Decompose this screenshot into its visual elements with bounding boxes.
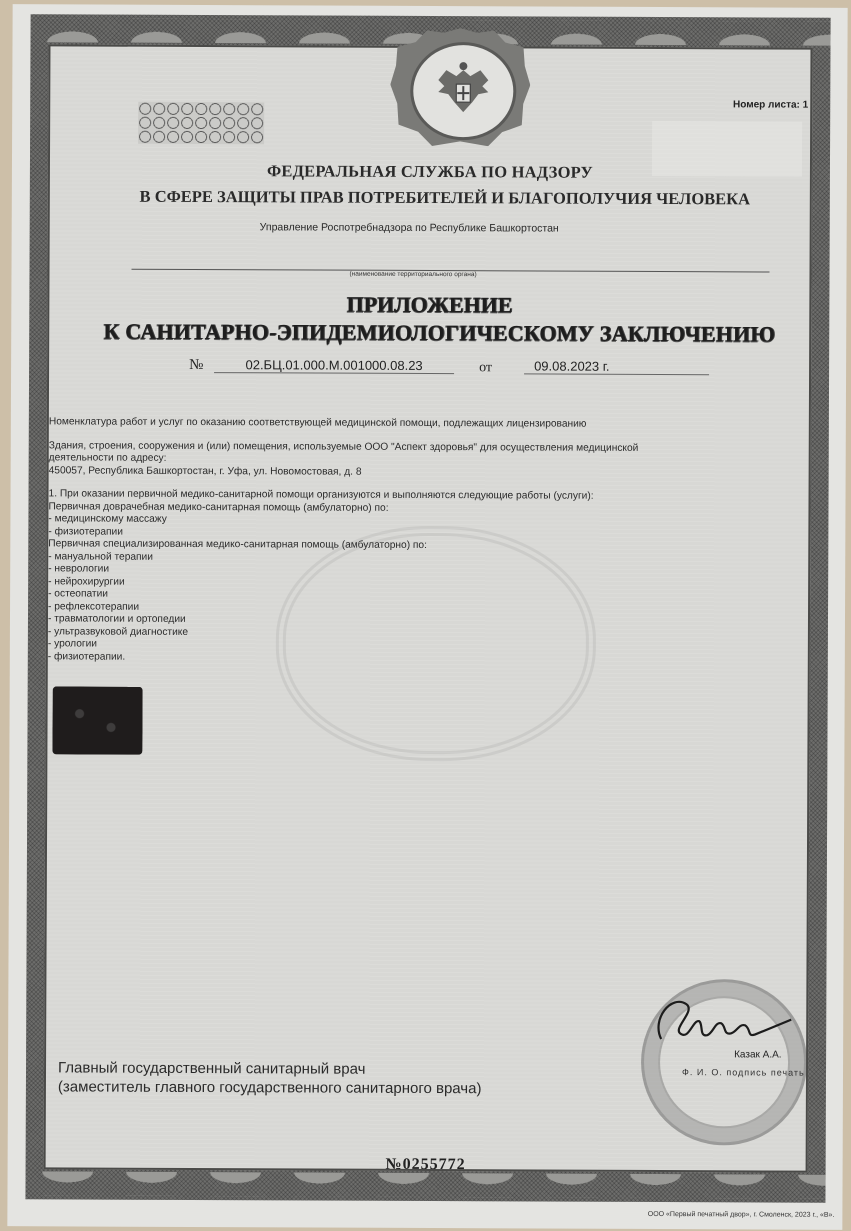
chief-doctor-title: Главный государственный санитарный врач … — [58, 1058, 482, 1098]
chief-line2: (заместитель главного государственного с… — [58, 1077, 482, 1098]
frame-wave-bottom — [25, 1171, 825, 1198]
chief-line1: Главный государственный санитарный врач — [58, 1058, 482, 1079]
document-subtitle: К САНИТАРНО-ЭПИДЕМИОЛОГИЧЕСКОМУ ЗАКЛЮЧЕН… — [69, 318, 809, 347]
double-headed-eagle-emblem-icon — [410, 42, 516, 140]
agency-header-line2: В СФЕРЕ ЗАЩИТЫ ПРАВ ПОТРЕБИТЕЛЕЙ И БЛАГО… — [80, 186, 810, 209]
hologram-sticker-icon — [52, 686, 142, 754]
territorial-body: Управление Роспотребнадзора по Республик… — [260, 221, 559, 234]
document-content: Номенклатура работ и услуг по оказанию с… — [48, 416, 809, 666]
number-sign: № — [189, 357, 203, 374]
guilloche-frame: Номер листа: 1 ФЕДЕРАЛЬНАЯ СЛУЖБА ПО НАД… — [25, 14, 830, 1202]
document-body: Номер листа: 1 ФЕДЕРАЛЬНАЯ СЛУЖБА ПО НАД… — [44, 44, 813, 1172]
document-sheet: Номер листа: 1 ФЕДЕРАЛЬНАЯ СЛУЖБА ПО НАД… — [7, 4, 847, 1230]
conclusion-number: 02.БЦ.01.000.М.001000.08.23 — [214, 357, 454, 374]
signature-caption: Ф. И. О. подпись печать — [682, 1067, 805, 1078]
agency-header-line1: ФЕДЕРАЛЬНАЯ СЛУЖБА ПО НАДЗОРУ — [50, 160, 810, 183]
blank-serial-number: №0255772 — [46, 1154, 806, 1175]
conclusion-number-row: № 02.БЦ.01.000.М.001000.08.23 от 09.08.2… — [189, 357, 709, 379]
printer-imprint: ООО «Первый печатный двор», г. Смоленск,… — [648, 1211, 835, 1219]
list-item: - физиотерапии. — [48, 651, 808, 667]
territorial-body-caption: (наименование территориального органа) — [349, 271, 476, 279]
sheet-number: Номер листа: 1 — [733, 99, 808, 110]
conclusion-date: 09.08.2023 г. — [524, 358, 709, 375]
date-prefix: от — [479, 360, 492, 376]
document-title: ПРИЛОЖЕНИЕ — [49, 290, 809, 319]
signatory-name: Казак А.А. — [734, 1049, 782, 1060]
security-pattern — [138, 102, 264, 145]
